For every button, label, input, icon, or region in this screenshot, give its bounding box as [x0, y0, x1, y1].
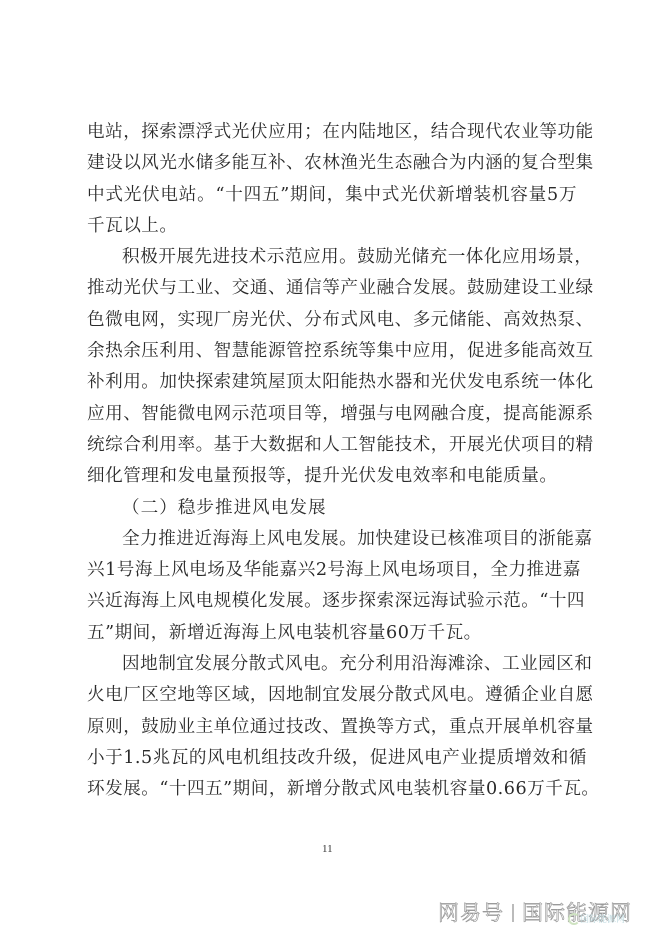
text-line: 全力推进近海海上风电发展。加快建设已核准项目的浙能嘉	[87, 524, 577, 555]
text-line: 五”期间，新增近海海上风电装机容量60万千瓦。	[87, 618, 577, 649]
text-line: 因地制宜发展分散式风电。充分利用沿海滩涂、工业园区和	[87, 649, 577, 680]
text-line: 千瓦以上。	[87, 211, 577, 242]
text-line: 余热余压利用、智慧能源管控系统等集中应用，促进多能高效互	[87, 336, 577, 367]
watermark-logo-icon	[568, 913, 580, 925]
text-line: 补利用。加快探索建筑屋顶太阳能热水器和光伏发电系统一体化	[87, 367, 577, 398]
text-line: 中式光伏电站。“十四五”期间，集中式光伏新增装机容量5万	[87, 180, 577, 211]
text-line: 环发展。“十四五”期间，新增分散式风电装机容量0.66万千瓦。	[87, 774, 577, 805]
text-line: 火电厂区空地等区域，因地制宜发展分散式风电。遵循企业自愿	[87, 680, 577, 711]
text-line: 兴1号海上风电场及华能嘉兴2号海上风电场项目，全力推进嘉	[87, 555, 577, 586]
page-number: 11	[322, 843, 333, 855]
text-line: 积极开展先进技术示范应用。鼓励光储充一体化应用场景，	[87, 242, 577, 273]
text-line: 统综合利用率。基于大数据和人工智能技术，开展光伏项目的精	[87, 430, 577, 461]
text-line: 推动光伏与工业、交通、通信等产业融合发展。鼓励建设工业绿	[87, 273, 577, 304]
text-line: 细化管理和发电量预报等，提升光伏发电效率和电能质量。	[87, 461, 577, 492]
document-page: 电站，探索漂浮式光伏应用；在内陆地区，结合现代农业等功能 建设以风光水储多能互补…	[0, 0, 660, 934]
section-heading: （二）稳步推进风电发展	[87, 493, 577, 524]
text-line: 原则，鼓励业主单位通过技改、置换等方式，重点开展单机容量	[87, 712, 577, 743]
watermark-separator	[512, 904, 514, 922]
document-body: 电站，探索漂浮式光伏应用；在内陆地区，结合现代农业等功能 建设以风光水储多能互补…	[87, 117, 577, 806]
watermark-sub-logo-text: 国际能源网	[580, 912, 625, 925]
text-line: 应用、智能微电网示范项目等，增强与电网融合度，提高能源系	[87, 399, 577, 430]
text-line: 色微电网，实现厂房光伏、分布式风电、多元储能、高效热泵、	[87, 305, 577, 336]
text-line: 小于1.5兆瓦的风电机组技改升级，促进风电产业提质增效和循	[87, 743, 577, 774]
text-line: 电站，探索漂浮式光伏应用；在内陆地区，结合现代农业等功能	[87, 117, 577, 148]
watermark-source: 网易号	[438, 901, 504, 925]
text-line: 建设以风光水储多能互补、农林渔光生态融合为内涵的复合型集	[87, 148, 577, 179]
text-line: 兴近海海上风电规模化发展。逐步探索深远海试验示范。“十四	[87, 586, 577, 617]
